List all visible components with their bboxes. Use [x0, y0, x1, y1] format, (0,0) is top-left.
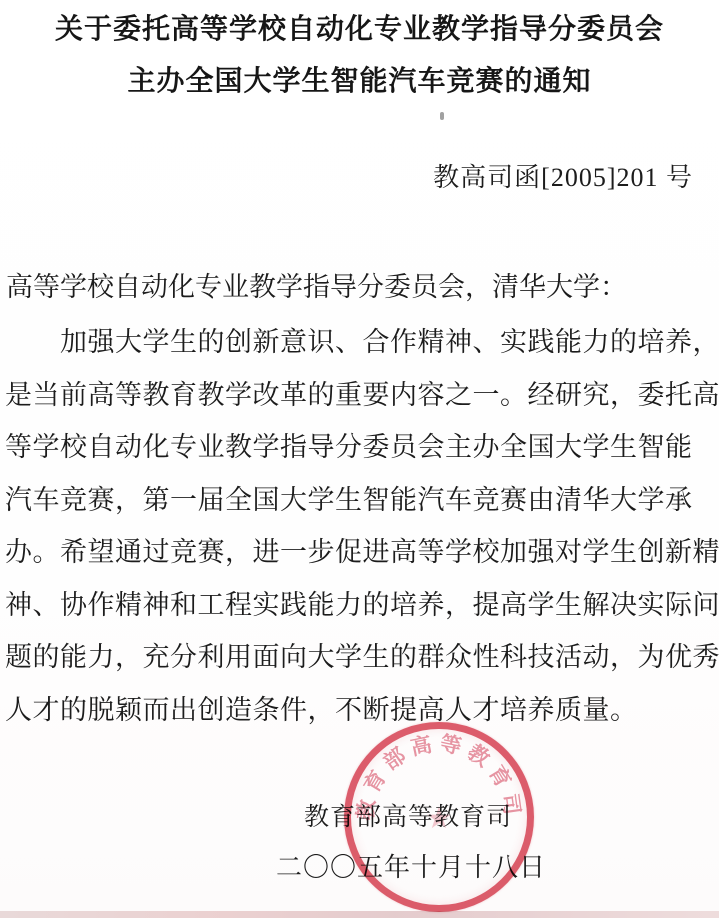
seal-star-icon: ★	[426, 802, 453, 835]
seal-arc-graphic: 教育部高等教育司 ★	[344, 722, 534, 912]
body-line: 人才的脱颖而出创造条件，不断提高人才培养质量。	[5, 688, 638, 727]
body-line: 是当前高等教育教学改革的重要内容之一。经研究，委托高	[5, 373, 719, 412]
salutation-line: 高等学校自动化专业教学指导分委员会，清华大学：	[6, 265, 627, 304]
body-line: 加强大学生的创新意识、合作精神、实践能力的培养，	[60, 320, 719, 359]
body-line: 汽车竞赛，第一届全国大学生智能汽车竞赛由清华大学承	[5, 478, 693, 517]
scan-edge-band	[0, 911, 719, 918]
scan-artifact-speck	[440, 112, 444, 120]
document-title-line-2: 主办全国大学生智能汽车竞赛的通知	[0, 59, 719, 99]
body-line: 神、协作精神和工程实践能力的培养，提高学生解决实际问	[5, 583, 719, 622]
body-line: 办。希望通过竞赛，进一步促进高等学校加强对学生创新精	[5, 530, 719, 569]
document-title-line-1: 关于委托高等学校自动化专业教学指导分委员会	[0, 7, 719, 47]
scanned-document-page: 关于委托高等学校自动化专业教学指导分委员会 主办全国大学生智能汽车竞赛的通知 教…	[0, 0, 719, 918]
body-line: 题的能力，充分利用面向大学生的群众性科技活动，为优秀	[5, 635, 719, 674]
official-red-seal: 教育部高等教育司 ★	[344, 722, 534, 912]
document-number: 教高司函[2005]201 号	[433, 157, 693, 194]
body-line: 等学校自动化专业教学指导分委员会主办全国大学生智能	[5, 425, 693, 464]
